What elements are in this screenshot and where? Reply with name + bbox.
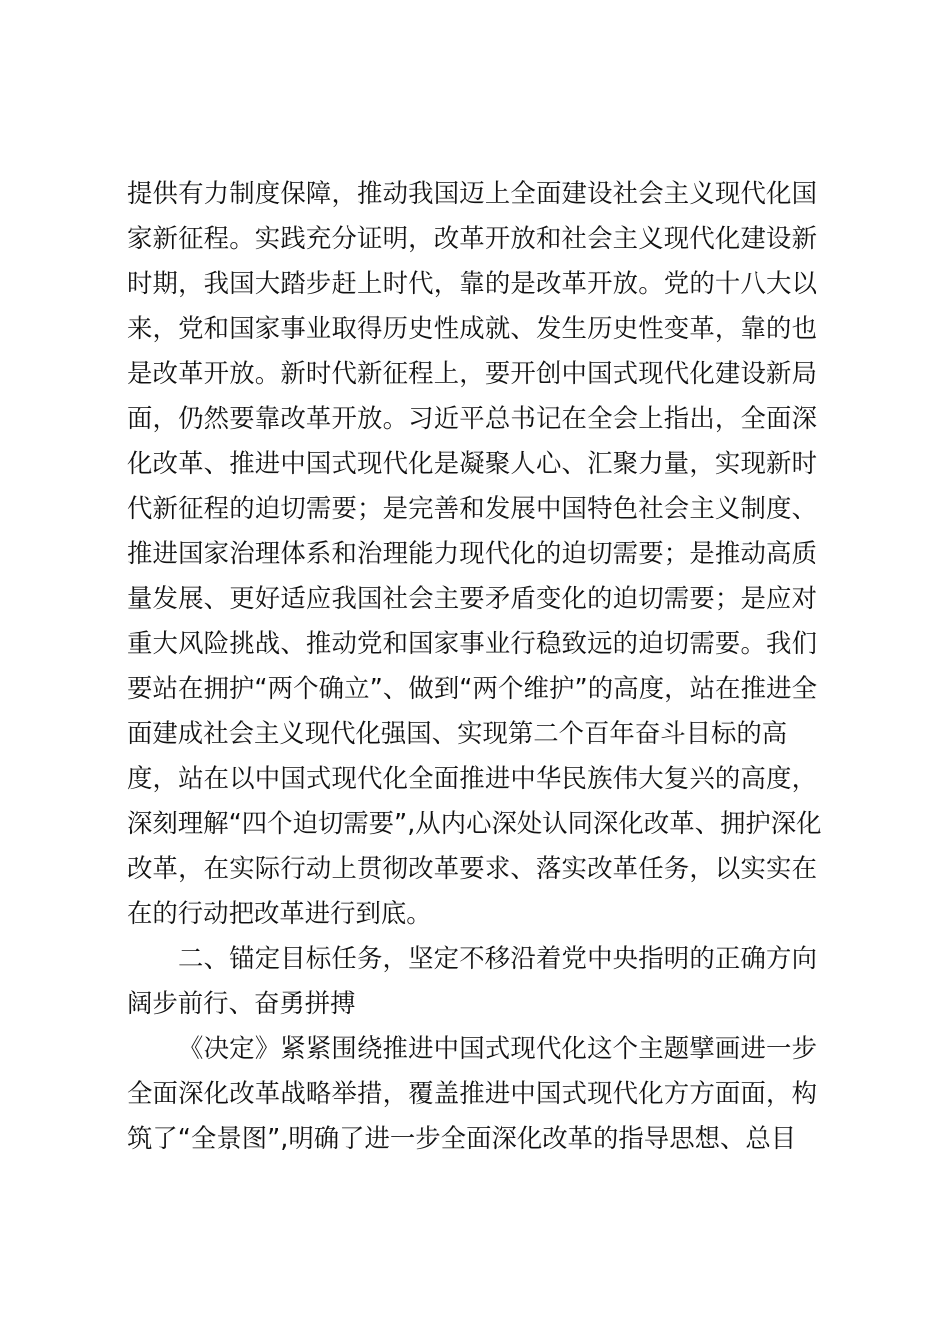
text-line: 代新征程的迫切需要；是完善和发展中国特色社会主义制度、: [127, 486, 817, 531]
text-line: 要站在拥护“两个确立”、做到“两个维护”的高度，站在推进全: [127, 666, 817, 711]
heading-line: 二、锚定目标任务，坚定不移沿着党中央指明的正确方向: [127, 936, 817, 981]
text-line: 面建成社会主义现代化强国、实现第二个百年奋斗目标的高: [127, 711, 817, 756]
body-paragraph-2: 《决定》紧紧围绕推进中国式现代化这个主题擘画进一步 全面深化改革战略举措，覆盖推…: [127, 1026, 817, 1161]
text-line: 时期，我国大踏步赶上时代，靠的是改革开放。党的十八大以: [127, 261, 817, 306]
text-line: 度，站在以中国式现代化全面推进中华民族伟大复兴的高度，: [127, 756, 817, 801]
text-line: 来，党和国家事业取得历史性成就、发生历史性变革，靠的也: [127, 306, 817, 351]
text-line: 提供有力制度保障，推动我国迈上全面建设社会主义现代化国: [127, 171, 817, 216]
text-line: 重大风险挑战、推动党和国家事业行稳致远的迫切需要。我们: [127, 621, 817, 666]
document-page: 提供有力制度保障，推动我国迈上全面建设社会主义现代化国 家新征程。实践充分证明，…: [127, 171, 817, 1161]
text-line: 《决定》紧紧围绕推进中国式现代化这个主题擘画进一步: [127, 1026, 817, 1071]
text-line: 家新征程。实践充分证明，改革开放和社会主义现代化建设新: [127, 216, 817, 261]
text-line: 在的行动把改革进行到底。: [127, 891, 817, 936]
text-line: 全面深化改革战略举措，覆盖推进中国式现代化方方面面，构: [127, 1071, 817, 1116]
text-line: 量发展、更好适应我国社会主要矛盾变化的迫切需要；是应对: [127, 576, 817, 621]
text-line: 改革，在实际行动上贯彻改革要求、落实改革任务，以实实在: [127, 846, 817, 891]
heading-line: 阔步前行、奋勇拼搏: [127, 981, 817, 1026]
text-line: 面，仍然要靠改革开放。习近平总书记在全会上指出，全面深: [127, 396, 817, 441]
text-line: 是改革开放。新时代新征程上，要开创中国式现代化建设新局: [127, 351, 817, 396]
text-line: 化改革、推进中国式现代化是凝聚人心、汇聚力量，实现新时: [127, 441, 817, 486]
text-line: 推进国家治理体系和治理能力现代化的迫切需要；是推动高质: [127, 531, 817, 576]
text-line: 筑了“全景图”,明确了进一步全面深化改革的指导思想、总目: [127, 1116, 817, 1161]
text-line: 深刻理解“四个迫切需要”,从内心深处认同深化改革、拥护深化: [127, 801, 817, 846]
body-paragraph-1: 提供有力制度保障，推动我国迈上全面建设社会主义现代化国 家新征程。实践充分证明，…: [127, 171, 817, 936]
section-heading: 二、锚定目标任务，坚定不移沿着党中央指明的正确方向 阔步前行、奋勇拼搏: [127, 936, 817, 1026]
